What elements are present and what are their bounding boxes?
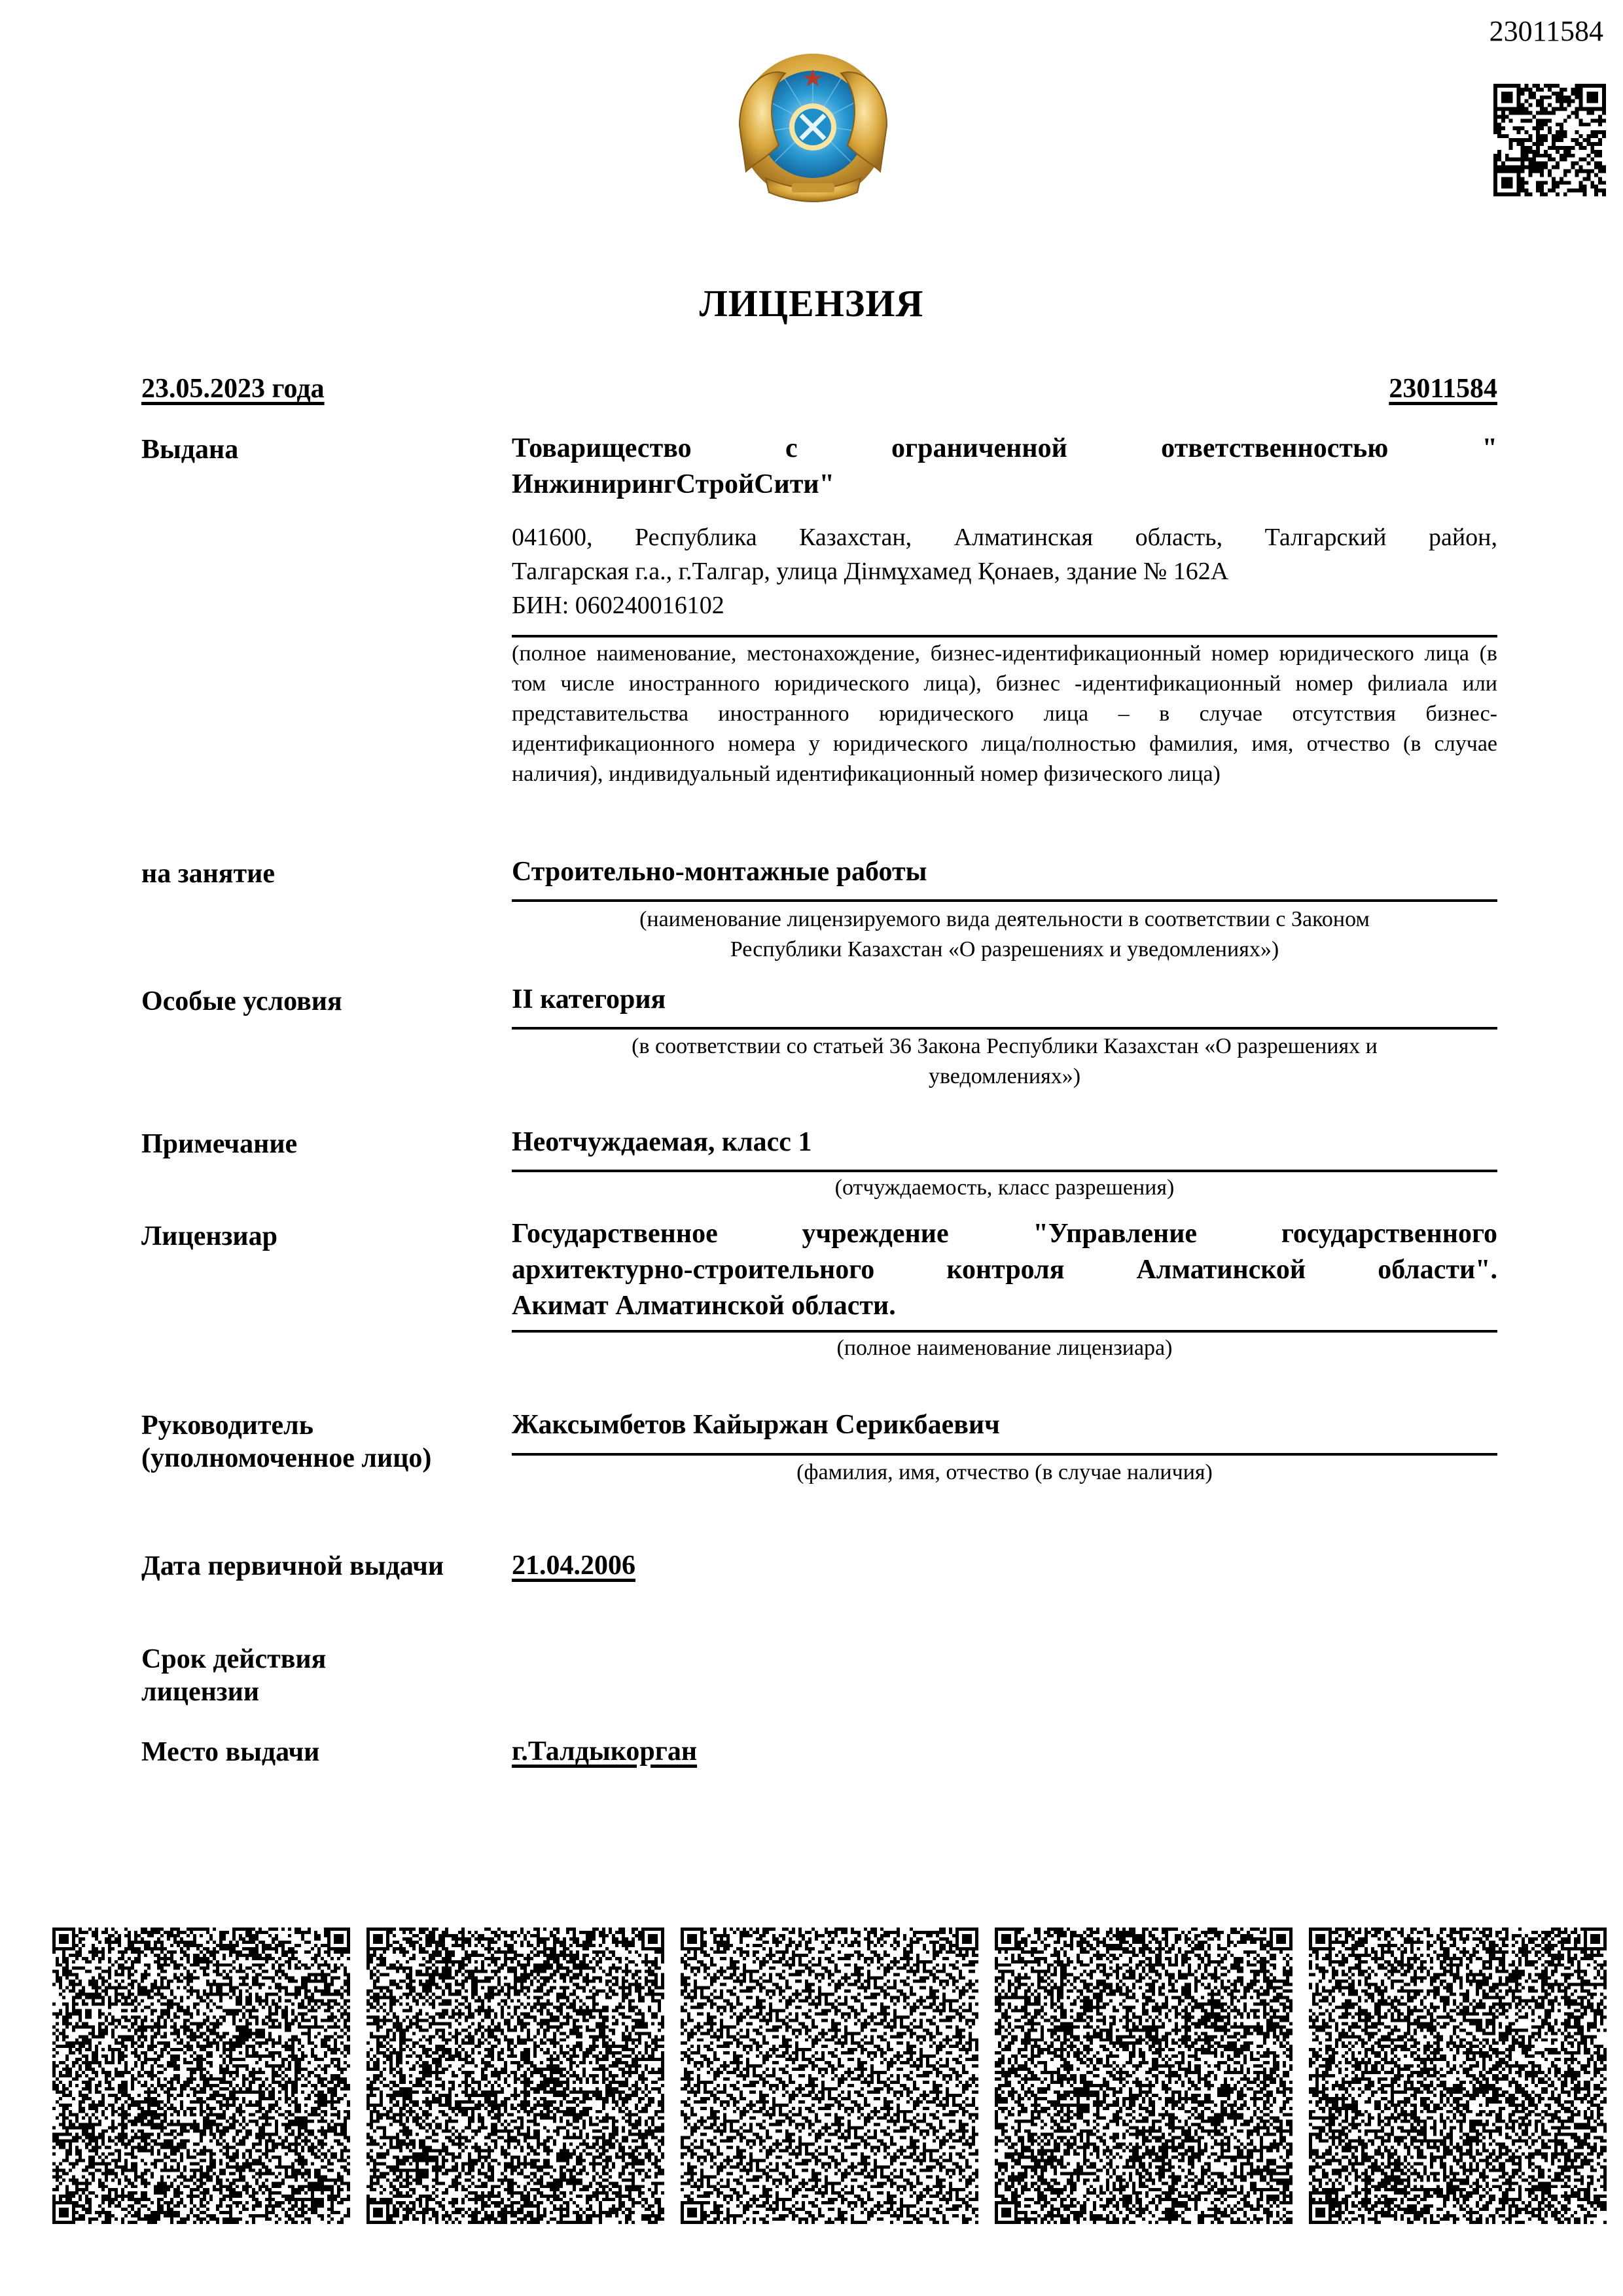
- qr-code-icon: [995, 1928, 1293, 2224]
- activity-caption-line1: (наименование лицензируемого вида деятел…: [512, 905, 1497, 935]
- license-date: 23.05.2023 года: [141, 373, 325, 404]
- qr-code-icon: [1493, 84, 1606, 196]
- divider: [512, 1170, 1497, 1172]
- issued-to-label: Выдана: [141, 433, 238, 466]
- head-value: Жаксымбетов Кайыржан Серикбаевич: [512, 1407, 1497, 1443]
- special-conditions-value: II категория: [512, 982, 1497, 1018]
- divider: [512, 1453, 1497, 1456]
- bin-value: БИН: 060240016102: [512, 588, 1497, 622]
- first-issue-value: 21.04.2006: [512, 1550, 635, 1581]
- note-value: Неотчуждаемая, класс 1: [512, 1124, 1497, 1160]
- place-label: Место выдачи: [141, 1736, 319, 1768]
- special-conditions-caption-line2: уведомлениях»): [512, 1062, 1497, 1092]
- address-line1: 041600, Республика Казахстан, Алматинска…: [512, 520, 1497, 554]
- page-title: ЛИЦЕНЗИЯ: [0, 281, 1623, 325]
- issued-to-name-line1: Товарищество с ограниченной ответственно…: [512, 431, 1497, 467]
- head-label-line1: Руководитель: [141, 1409, 431, 1442]
- licensor-value: Государственное учреждение "Управление г…: [512, 1216, 1497, 1324]
- license-number: 23011584: [1389, 373, 1497, 404]
- qr-code-icon: [52, 1928, 350, 2224]
- note-caption: (отчуждаемость, класс разрешения): [512, 1173, 1497, 1203]
- divider: [512, 1330, 1497, 1333]
- activity-caption: (наименование лицензируемого вида деятел…: [512, 905, 1497, 965]
- validity-label: Срок действия лицензии: [141, 1643, 326, 1708]
- activity-value: Строительно-монтажные работы: [512, 854, 1497, 890]
- document-number-top: 23011584: [1489, 14, 1603, 48]
- address-line2: Талгарская г.а., г.Талгар, улица Дінмұха…: [512, 554, 1497, 588]
- special-conditions-caption: (в соответствии со статьей 36 Закона Рес…: [512, 1031, 1497, 1092]
- licensor-line2: архитектурно-строительного контроля Алма…: [512, 1252, 1497, 1288]
- special-conditions-caption-line1: (в соответствии со статьей 36 Закона Рес…: [512, 1031, 1497, 1062]
- qr-code-icon: [1309, 1928, 1607, 2224]
- activity-caption-line2: Республики Казахстан «О разрешениях и ув…: [512, 935, 1497, 965]
- issued-to-address-block: 041600, Республика Казахстан, Алматинска…: [512, 520, 1497, 622]
- issued-to-section: Товарищество с ограниченной ответственно…: [512, 431, 1497, 503]
- footer-qr-strip: [52, 1928, 1607, 2224]
- special-conditions-label: Особые условия: [141, 985, 342, 1018]
- head-label: Руководитель (уполномоченное лицо): [141, 1409, 431, 1475]
- head-caption: (фамилия, имя, отчество (в случае наличи…: [512, 1458, 1497, 1488]
- divider: [512, 1027, 1497, 1030]
- licensor-label: Лицензиар: [141, 1220, 277, 1253]
- issued-to-caption: (полное наименование, местонахождение, б…: [512, 639, 1497, 789]
- licensor-caption: (полное наименование лицензиара): [512, 1333, 1497, 1363]
- validity-label-line2: лицензии: [141, 1676, 326, 1708]
- kazakhstan-state-emblem-icon: [726, 47, 900, 217]
- qr-code-icon: [681, 1928, 978, 2224]
- activity-label: на занятие: [141, 857, 275, 890]
- divider: [512, 635, 1497, 637]
- divider: [512, 899, 1497, 902]
- licensor-line1: Государственное учреждение "Управление г…: [512, 1216, 1497, 1252]
- head-label-line2: (уполномоченное лицо): [141, 1442, 431, 1475]
- first-issue-label: Дата первичной выдачи: [141, 1550, 444, 1583]
- validity-label-line1: Срок действия: [141, 1643, 326, 1676]
- issued-to-name-line2: ИнжинирингСтройСити": [512, 467, 1497, 503]
- note-label: Примечание: [141, 1128, 297, 1160]
- licensor-line3: Акимат Алматинской области.: [512, 1288, 1497, 1324]
- qr-code-icon: [366, 1928, 664, 2224]
- place-value: г.Талдыкорган: [512, 1736, 697, 1767]
